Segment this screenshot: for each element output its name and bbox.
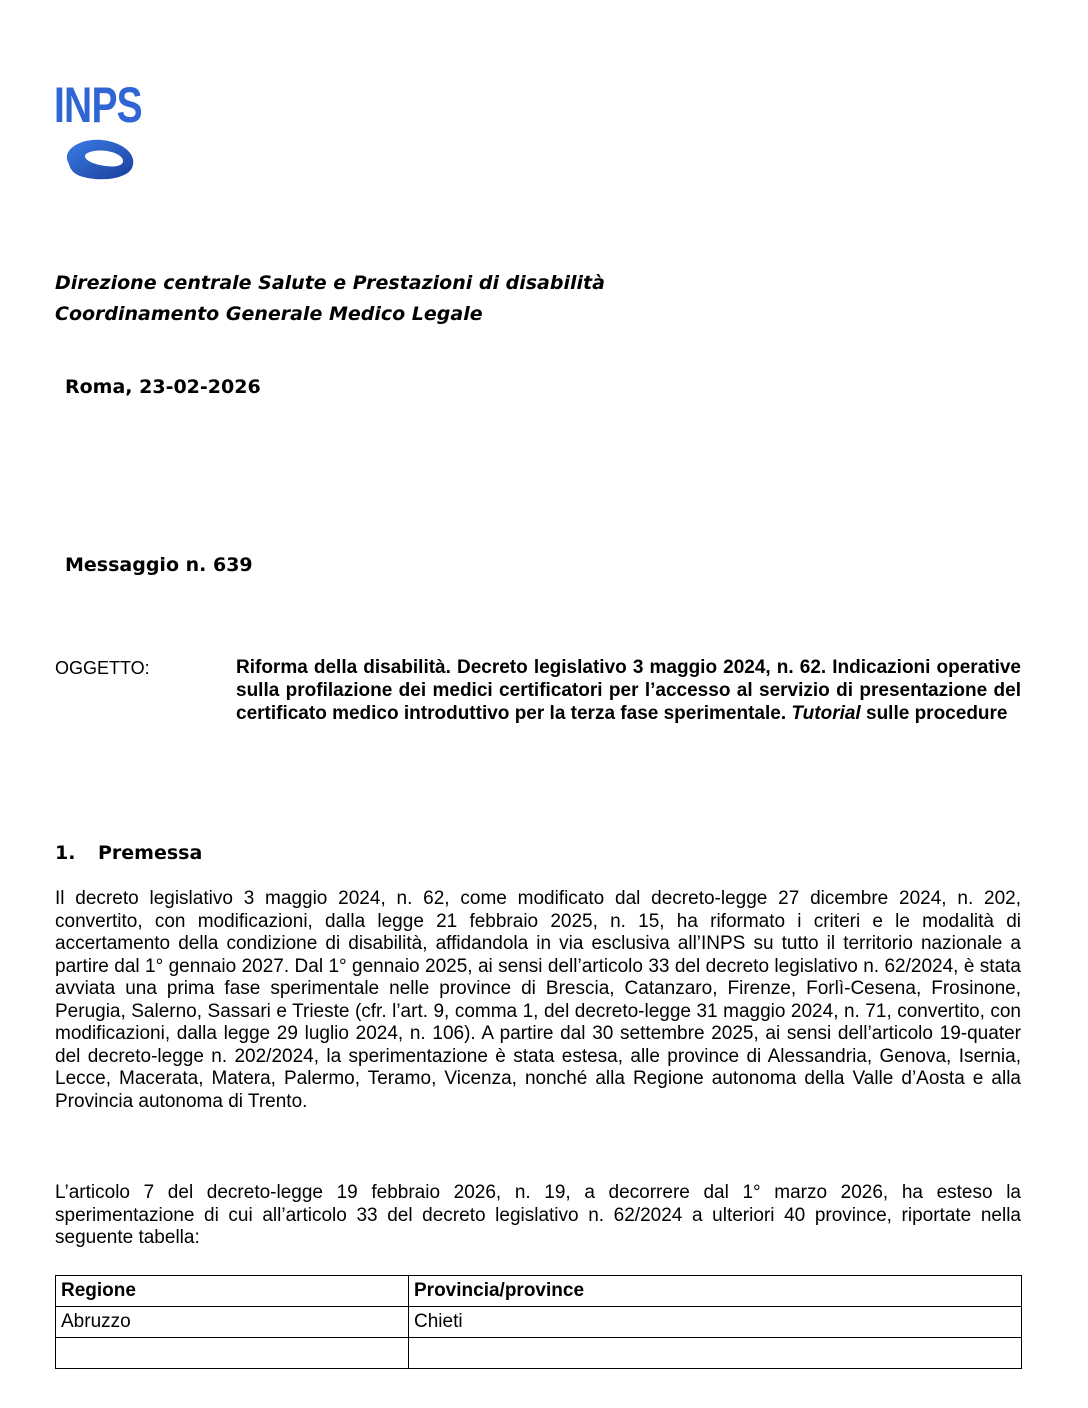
message-number: Messaggio n. 639	[65, 554, 253, 576]
cell-regione: Abruzzo	[56, 1307, 409, 1338]
document-date: Roma, 23-02-2026	[65, 376, 261, 398]
paragraph-1: Il decreto legislativo 3 maggio 2024, n.…	[55, 888, 1021, 1113]
subject-text-end: sulle procedure	[861, 703, 1008, 724]
section-heading: 1.Premessa	[55, 842, 202, 864]
provinces-table: Regione Provincia/province Abruzzo Chiet…	[55, 1275, 1022, 1369]
logo-text: INPS	[54, 80, 124, 130]
department-line-2: Coordinamento Generale Medico Legale	[55, 299, 605, 330]
header-regione: Regione	[56, 1276, 409, 1307]
department-heading: Direzione centrale Salute e Prestazioni …	[55, 268, 605, 330]
subject-text: Riforma della disabilità. Decreto legisl…	[236, 656, 1021, 725]
table-row	[56, 1338, 1022, 1369]
section-number: 1.	[55, 842, 98, 864]
table-header-row: Regione Provincia/province	[56, 1276, 1022, 1307]
inps-logo: INPS	[54, 80, 144, 180]
subject-label: OGGETTO:	[55, 658, 150, 679]
cell-provincia: Chieti	[409, 1307, 1022, 1338]
section-title: Premessa	[98, 842, 202, 864]
cell-provincia	[409, 1338, 1022, 1369]
inps-ring-logo-icon	[60, 132, 140, 182]
department-line-1: Direzione centrale Salute e Prestazioni …	[55, 268, 605, 299]
paragraph-2: L’articolo 7 del decreto-legge 19 febbra…	[55, 1182, 1021, 1250]
header-provincia: Provincia/province	[409, 1276, 1022, 1307]
subject-text-italic: Tutorial	[791, 703, 860, 724]
cell-regione	[56, 1338, 409, 1369]
table-row: Abruzzo Chieti	[56, 1307, 1022, 1338]
